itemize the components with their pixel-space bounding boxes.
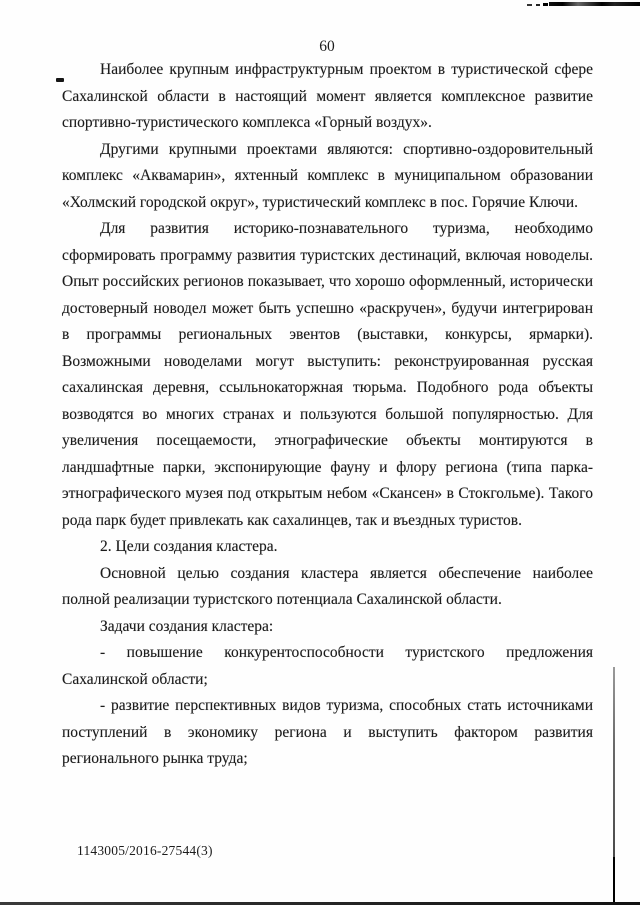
heading-cluster-tasks: Задачи создания кластера: <box>62 614 593 641</box>
scan-artifact-top-dash <box>527 4 532 6</box>
page-number: 60 <box>62 38 592 56</box>
paragraph-historical-tourism: Для развития историко-познавательного ту… <box>62 216 593 534</box>
scan-artifact-bottom-edge-line <box>0 902 640 905</box>
paragraph-other-projects: Другими крупными проектами являются: спо… <box>62 137 593 217</box>
paragraph-infrastructure-project: Наиболее крупным инфраструктурным проект… <box>62 57 593 137</box>
scan-artifact-top-dash <box>536 4 540 6</box>
list-item-tourism-development: - развитие перспективных видов туризма, … <box>62 693 593 773</box>
scan-artifact-right-edge-line-bottom <box>613 857 616 905</box>
heading-cluster-goals: 2. Цели создания кластера. <box>62 534 593 561</box>
scan-artifact-top-dash <box>543 3 548 6</box>
scan-artifact-right-edge-line <box>613 667 615 859</box>
list-item-competitiveness: - повышение конкурентоспособности турист… <box>62 640 593 693</box>
paragraph-main-goal: Основной целью создания кластера являетс… <box>62 561 593 614</box>
document-code: 1143005/2016-27544(3) <box>77 843 213 859</box>
scan-artifact-top-edge-bar <box>549 2 640 6</box>
document-body: Наиболее крупным инфраструктурным проект… <box>62 57 593 773</box>
document-page: 60 Наиболее крупным инфраструктурным про… <box>0 0 640 905</box>
